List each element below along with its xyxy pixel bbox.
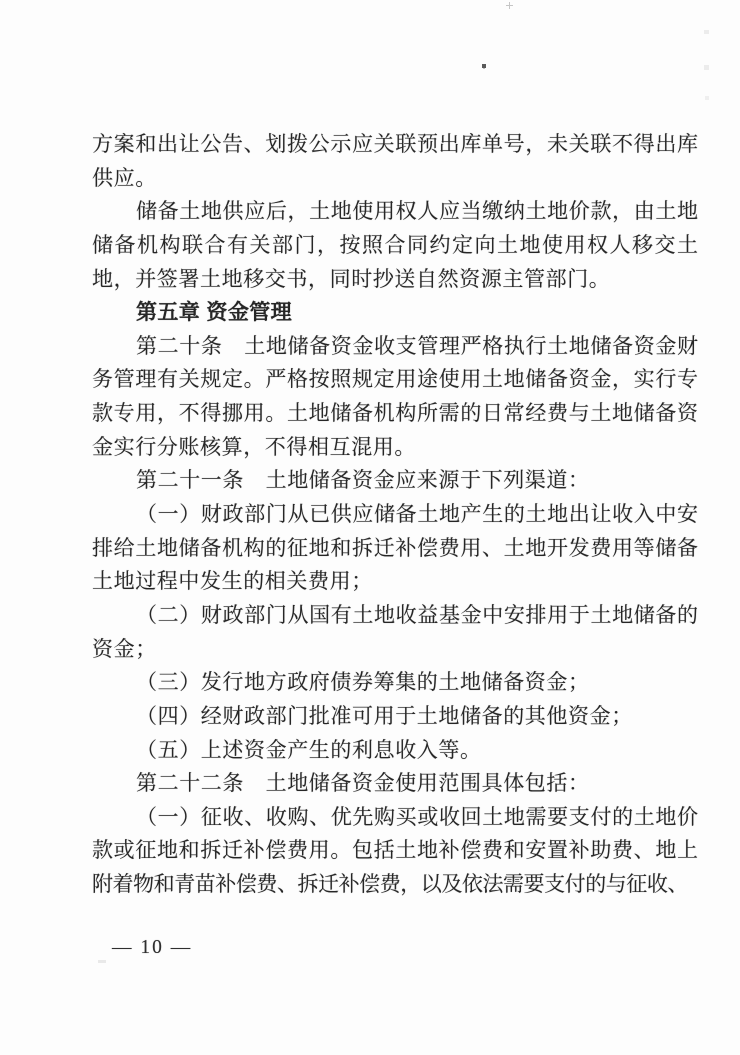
text-line: （二）财政部门从国有土地收益基金中安排用于土地储备的 xyxy=(92,599,698,633)
text-line: （五）上述资金产生的利息收入等。 xyxy=(92,734,698,768)
document-page: 方案和出让公告、划拨公示应关联预出库单号，未关联不得出库供应。储备土地供应后，土… xyxy=(0,0,740,1055)
text-line: 第二十一条 土地储备资金应来源于下列渠道： xyxy=(92,464,698,498)
text-line: 资金； xyxy=(92,633,698,667)
text-line: 排给土地储备机构的征地和拆迁补偿费用、土地开发费用等储备 xyxy=(92,532,698,566)
chapter-heading: 第五章 资金管理 xyxy=(92,296,698,330)
text-line: 附着物和青苗补偿费、拆迁补偿费，以及依法需要支付的与征收、 xyxy=(92,868,698,902)
page-number: — 10 — xyxy=(112,936,192,960)
text-line: 地，并签署土地移交书，同时抄送自然资源主管部门。 xyxy=(92,263,698,297)
text-line: 款或征地和拆迁补偿费用。包括土地补偿费和安置补助费、地上 xyxy=(92,834,698,868)
text-line: 款专用，不得挪用。土地储备机构所需的日常经费与土地储备资 xyxy=(92,397,698,431)
scan-speck-icon xyxy=(704,30,709,34)
scan-speck-icon xyxy=(98,960,106,963)
scan-speck-icon xyxy=(482,64,486,68)
text-line: 务管理有关规定。严格按照规定用途使用土地储备资金，实行专 xyxy=(92,363,698,397)
text-line: 供应。 xyxy=(92,162,698,196)
text-line: 金实行分账核算，不得相互混用。 xyxy=(92,431,698,465)
text-line: （一）财政部门从已供应储备土地产生的土地出让收入中安 xyxy=(92,498,698,532)
text-line: （四）经财政部门批准可用于土地储备的其他资金； xyxy=(92,700,698,734)
text-line: 储备土地供应后，土地使用权人应当缴纳土地价款，由土地 xyxy=(92,195,698,229)
scan-speck-icon xyxy=(704,65,709,70)
text-line: （一）征收、收购、优先购买或收回土地需要支付的土地价 xyxy=(92,801,698,835)
text-line: 储备机构联合有关部门，按照合同约定向土地使用权人移交土 xyxy=(92,229,698,263)
document-text: 方案和出让公告、划拨公示应关联预出库单号，未关联不得出库供应。储备土地供应后，土… xyxy=(92,128,698,902)
text-line: 方案和出让公告、划拨公示应关联预出库单号，未关联不得出库 xyxy=(92,128,698,162)
text-line: （三）发行地方政府债券筹集的土地储备资金； xyxy=(92,666,698,700)
scan-speck-icon xyxy=(705,96,709,100)
text-line: 第二十条 土地储备资金收支管理严格执行土地储备资金财 xyxy=(92,330,698,364)
scan-speck-icon xyxy=(506,2,513,9)
text-line: 第二十二条 土地储备资金使用范围具体包括： xyxy=(92,767,698,801)
text-line: 土地过程中发生的相关费用； xyxy=(92,565,698,599)
